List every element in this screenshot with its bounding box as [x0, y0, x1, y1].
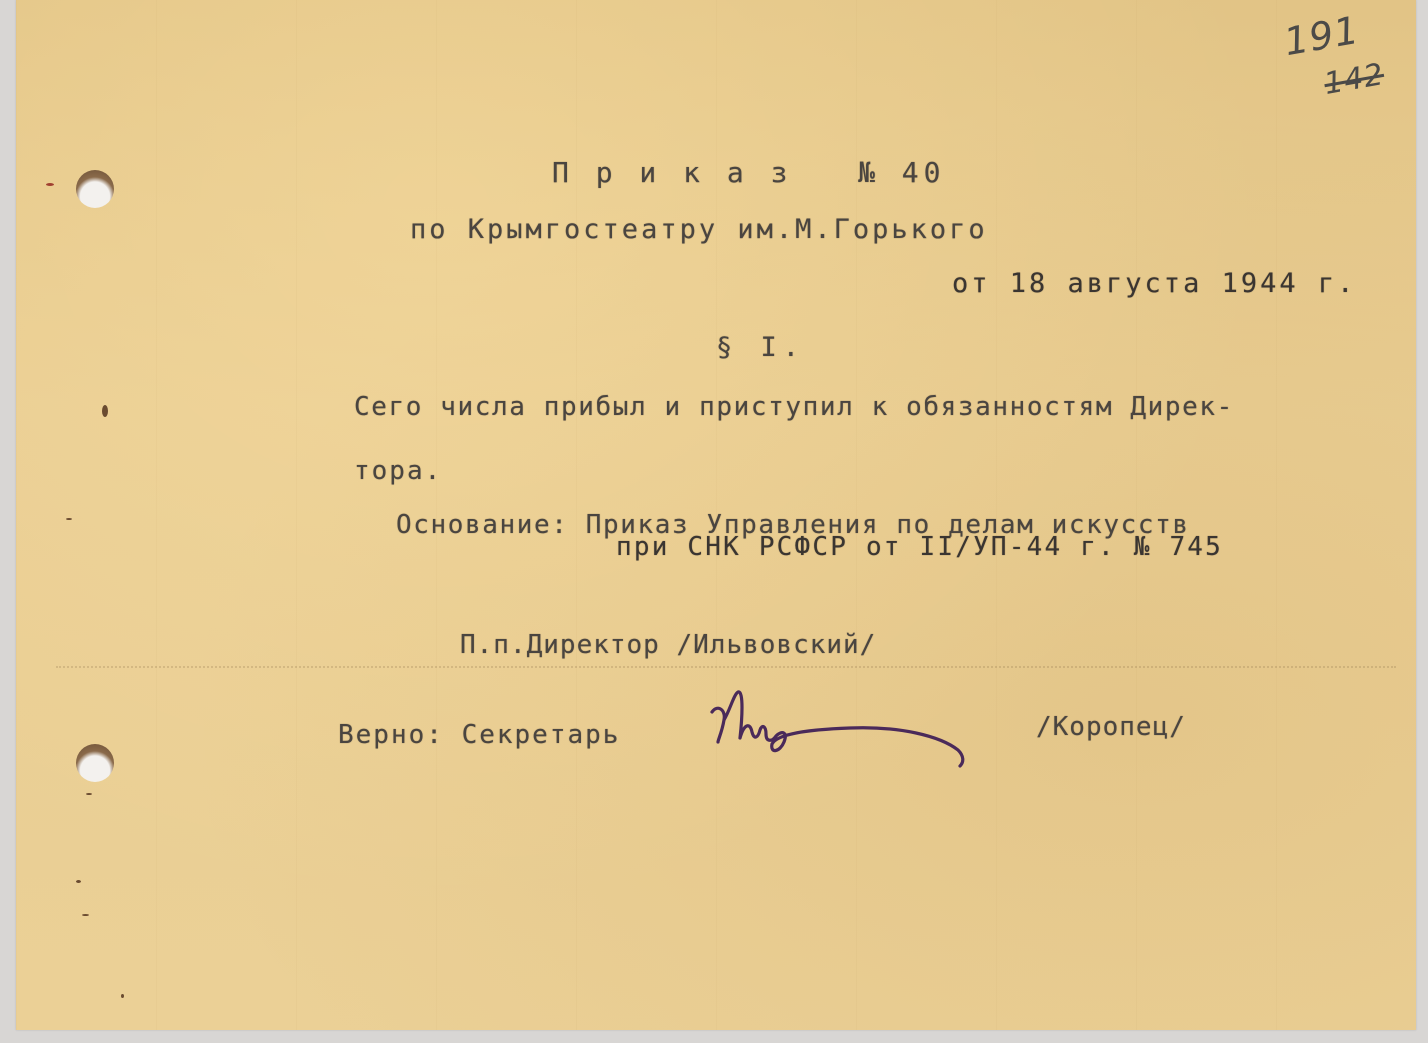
- basis-line-2: при СНК РСФСР от II/УП-44 г. № 745: [616, 532, 1223, 562]
- document-sheet: 191 142 П р и к а з № 40 по Крымгостеатр…: [16, 0, 1416, 1030]
- certified-label: Верно: Секретарь: [338, 720, 620, 750]
- paper-speck: [82, 914, 89, 916]
- body-line-1: Сего числа прибыл и приступил к обязанно…: [354, 392, 1234, 422]
- paper-speck: [121, 994, 124, 998]
- document-date: от 18 августа 1944 г.: [952, 268, 1356, 299]
- punch-hole-top: [76, 170, 114, 208]
- organization-line: по Крымгостеатру им.М.Горького: [410, 214, 988, 245]
- signature-icon: [700, 680, 980, 780]
- folio-number: 191: [1281, 8, 1363, 64]
- folio-number-crossed: 142: [1321, 57, 1386, 102]
- punch-hole-bottom: [76, 744, 114, 782]
- paper-speck: [102, 405, 108, 417]
- document-title: П р и к а з № 40: [552, 156, 945, 189]
- body-line-2: тора.: [354, 456, 442, 486]
- paper-speck: [86, 793, 92, 795]
- signatory-line: П.п.Директор /Ильвовский/: [460, 630, 876, 660]
- paper-speck: [66, 518, 72, 520]
- faint-ruled-line: [56, 666, 1396, 668]
- certified-name: /Коропец/: [1036, 712, 1186, 742]
- paper-speck: [46, 183, 54, 186]
- section-heading: § I.: [716, 332, 805, 363]
- paper-speck: [76, 880, 81, 883]
